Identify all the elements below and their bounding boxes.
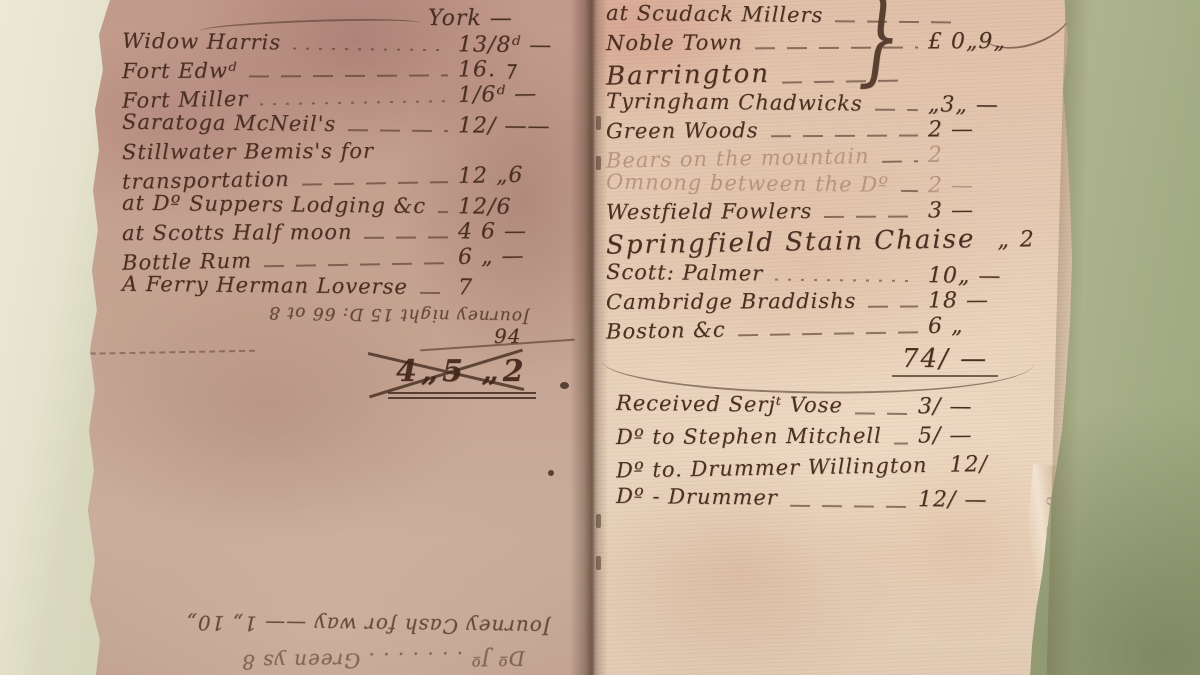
entry-name: Stillwater Bemis's for xyxy=(122,138,374,166)
entry-amount: 6 „ — xyxy=(458,242,554,271)
ledger-left-page: York — Widow Harris 13/8ᵈ — Fort Edwᵈ 16… xyxy=(0,0,594,675)
photo-ledger-scene: York — Widow Harris 13/8ᵈ — Fort Edwᵈ 16… xyxy=(0,0,1200,675)
entry-amount: 1/6ᵈ — xyxy=(458,80,554,109)
page-total: 74/ — xyxy=(892,344,998,377)
entry-name: Noble Town xyxy=(606,29,743,57)
leader-line xyxy=(894,443,908,445)
ledger-entry: Scott: Palmer 10„ — xyxy=(606,259,1024,290)
leader-line xyxy=(293,48,448,52)
leader-line xyxy=(260,100,448,105)
left-page-entries: Widow Harris 13/8ᵈ — Fort Edwᵈ 16. ⁊ For… xyxy=(122,30,554,300)
upside-down-line: Journey Cash for way —— 1„ 10„ xyxy=(6,608,551,640)
leader-line xyxy=(438,211,448,213)
leader-line xyxy=(302,181,448,186)
leader-line xyxy=(835,20,955,23)
entry-amount: 3/ — xyxy=(918,391,1014,423)
entry-amount xyxy=(912,78,1008,80)
ledger-entry: Tyringham Chadwicks „3„ — xyxy=(606,88,1024,119)
leader-line xyxy=(875,109,918,111)
entry-amount: 2 — xyxy=(928,116,1024,144)
binding-stitch xyxy=(596,116,601,130)
entry-name: Cambridge Braddishs xyxy=(606,288,856,316)
leader-line xyxy=(790,505,908,508)
entry-amount: 5/ — xyxy=(918,420,1014,452)
ledger-entry: Saratoga McNeil's 12/ —— xyxy=(122,109,554,141)
binding-stitch xyxy=(596,514,601,528)
entry-name: Fort Edwᵈ xyxy=(122,58,238,86)
leader-line xyxy=(755,46,918,49)
received-entry: Received Serjᵗ Vose 3/ — xyxy=(616,388,1014,423)
entry-name: Scott: Palmer xyxy=(606,259,764,288)
entry-name: Springfield Stain Chaise xyxy=(606,222,976,262)
leader-line xyxy=(868,305,918,307)
ledger-entry: A Ferry Herman Loverse 7 xyxy=(122,271,554,303)
ledger-entry: Springfield Stain Chaise „ 2 xyxy=(606,221,1025,264)
leader-line xyxy=(348,129,448,132)
entry-name: at Scotts Half moon xyxy=(122,219,353,247)
entry-name: Omnong between the Dº xyxy=(606,169,889,199)
leader-line xyxy=(882,160,918,163)
entry-name: Westfield Fowlers xyxy=(606,198,812,226)
entry-amount: £ 0„9„ xyxy=(928,28,1024,56)
entry-name: Dº to Stephen Mitchell xyxy=(616,421,882,453)
corner-note-york: York — xyxy=(428,6,513,31)
ledger-entry: at Dº Suppers Lodging &c 12/6 xyxy=(122,190,554,222)
right-page-entries: at Scudack Millers Noble Town £ 0„9„ Bar… xyxy=(606,2,1024,342)
leader-line xyxy=(264,262,448,267)
entry-name: Saratoga McNeil's xyxy=(122,109,337,138)
leader-line xyxy=(775,279,918,282)
entry-amount: 2 xyxy=(928,140,1024,169)
ink-blot xyxy=(548,470,554,476)
entry-amount: 18 — xyxy=(928,287,1024,315)
entry-name: Received Serjᵗ Vose xyxy=(616,388,843,421)
struck-out-total: 4„5 „2 xyxy=(388,354,536,399)
leader-line xyxy=(771,134,918,137)
entry-name: A Ferry Herman Loverse xyxy=(122,271,408,301)
upside-down-scribble: Journey night 15 D: 66 ot 8 xyxy=(200,301,530,327)
leader-line xyxy=(249,74,448,77)
leader-line xyxy=(855,412,908,415)
leader-line xyxy=(365,236,449,238)
entry-amount: 12/ — xyxy=(918,484,1014,516)
upside-down-line: Dº Jº . . . . . . . Green ys 8 xyxy=(0,646,525,675)
entry-name: Tyringham Chadwicks xyxy=(606,88,863,118)
ink-blot xyxy=(560,382,569,389)
leader-line xyxy=(386,155,448,157)
entry-amount: 12 „6 xyxy=(458,161,554,190)
ledger-entry: Barrington xyxy=(606,52,1025,93)
binding-stitch xyxy=(596,556,601,570)
dashed-rule xyxy=(0,350,255,356)
entry-amount: 4 6 — xyxy=(458,218,554,246)
entry-name: Green Woods xyxy=(606,117,759,145)
leader-line xyxy=(782,79,902,83)
received-entries: Received Serjᵗ Vose 3/ — Dº to Stephen M… xyxy=(616,390,1014,514)
leader-line xyxy=(420,292,448,294)
received-entry: Dº to Stephen Mitchell 5/ — xyxy=(616,420,1014,453)
entry-name: at Dº Suppers Lodging &c xyxy=(122,190,426,220)
received-entry: Dº - Drummer 12/ — xyxy=(616,481,1014,516)
entry-name: Widow Harris xyxy=(122,28,281,57)
entry-amount: 3 — xyxy=(928,197,1024,225)
entry-amount xyxy=(458,157,554,158)
ledger-entry: Widow Harris 13/8ᵈ — xyxy=(122,28,554,60)
ledger-right-page: } at Scudack Millers Noble Town £ 0„9„ B… xyxy=(594,0,1080,675)
ledger-entry: at Scudack Millers xyxy=(606,0,1024,31)
entry-name: Dº - Drummer xyxy=(616,481,778,514)
entry-amount: 7 xyxy=(458,274,554,302)
entry-amount: 16. ⁊ xyxy=(458,56,554,84)
entry-name: at Scudack Millers xyxy=(606,0,824,29)
leader-line xyxy=(824,215,918,217)
ledger-entry: Omnong between the Dº 2 — xyxy=(606,169,1024,200)
binding-stitch xyxy=(596,156,601,170)
leader-line xyxy=(901,190,918,192)
